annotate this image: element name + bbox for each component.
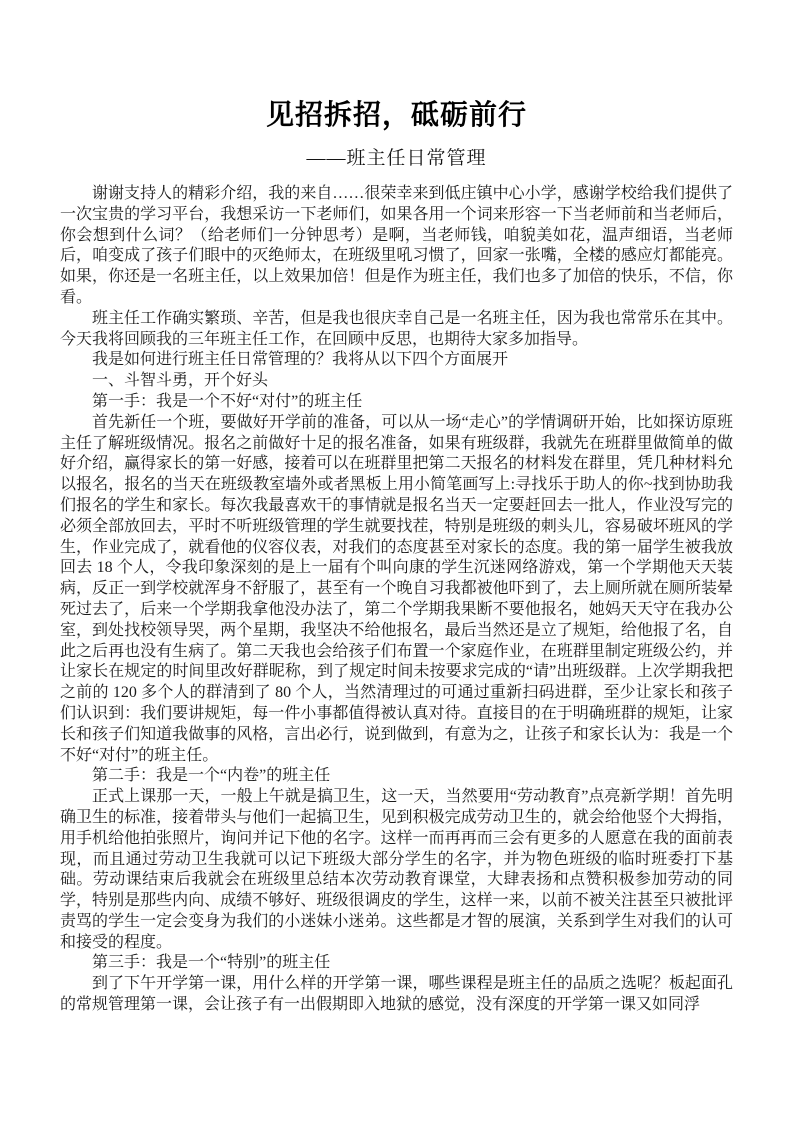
subsection-heading-first-move: 第一手：我是一个不好“对付”的班主任 xyxy=(60,392,733,413)
document-page: 见招拆招，砥砺前行 ——班主任日常管理 谢谢支持人的精彩介绍，我的来自……很荣幸… xyxy=(0,0,793,1122)
section-heading-one: 一、斗智斗勇，开个好头 xyxy=(60,371,733,392)
document-subtitle: ——班主任日常管理 xyxy=(0,146,793,172)
document-title: 见招拆招，砥砺前行 xyxy=(0,0,793,133)
outline-paragraph: 我是如何进行班主任日常管理的？我将从以下四个方面展开 xyxy=(60,350,733,371)
subsection-heading-third-move: 第三手：我是一个“特别”的班主任 xyxy=(60,953,733,974)
subsection-heading-second-move: 第二手：我是一个“内卷”的班主任 xyxy=(60,766,733,787)
document-body: 谢谢支持人的精彩介绍，我的来自……很荣幸来到低庄镇中心小学，感谢学校给我们提供了… xyxy=(60,184,733,1016)
second-move-paragraph: 正式上课那一天，一般上午就是搞卫生，这一天，当然要用“劳动教育”点亮新学期！首先… xyxy=(60,787,733,953)
third-move-paragraph: 到了下午开学第一课，用什么样的开学第一课，哪些课程是班主任的品质之选呢？板起面孔… xyxy=(60,974,733,1016)
intro-paragraph: 谢谢支持人的精彩介绍，我的来自……很荣幸来到低庄镇中心小学，感谢学校给我们提供了… xyxy=(60,184,733,309)
first-move-paragraph: 首先新任一个班，要做好开学前的准备，可以从一场“走心”的学情调研开始，比如探访原… xyxy=(60,413,733,767)
reflection-paragraph: 班主任工作确实繁琐、辛苦，但是我也很庆幸自己是一名班主任，因为我也常常乐在其中。… xyxy=(60,309,733,351)
